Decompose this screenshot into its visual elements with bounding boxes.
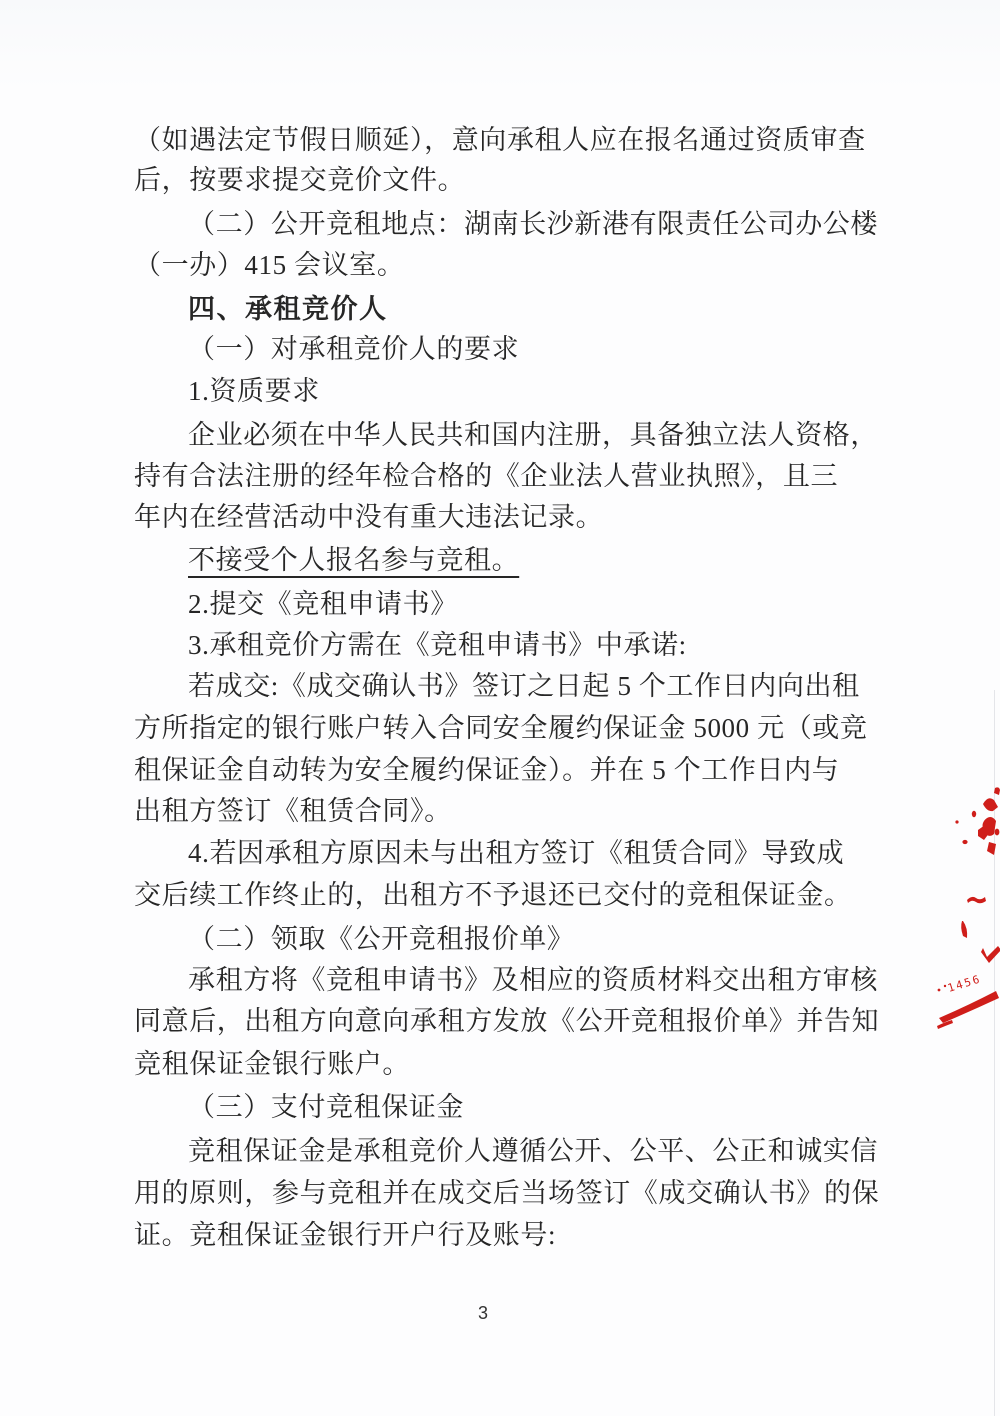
doc-line: 2.提交《竞租申请书》 [188,587,458,622]
doc-line: 3.承租竞价方需在《竞租申请书》中承诺: [188,628,687,663]
doc-line: （三）支付竞租保证金 [188,1090,464,1125]
doc-line: 用的原则，参与竞租并在成交后当场签订《成交确认书》的保 [134,1176,879,1211]
doc-line: 后，按要求提交竞价文件。 [134,163,465,198]
doc-line: 若成交:《成交确认书》签订之日起 5 个工作日内向出租 [188,669,860,704]
doc-line: 方所指定的银行账户转入合同安全履约保证金 5000 元（或竞 [134,711,868,746]
doc-line: 出租方签订《租赁合同》。 [134,794,452,829]
red-stamp-fragment: 1456 [925,780,1000,1030]
doc-line: （如遇法定节假日顺延），意向承租人应在报名通过资质审查 [134,123,866,158]
doc-line: 交后续工作终止的，出租方不予退还已交付的竞租保证金。 [134,878,852,913]
underlined-clause: 不接受个人报名参与竞租。 [188,543,519,578]
doc-line: 企业必须在中华人民共和国内注册，具备独立法人资格， [188,418,878,453]
doc-line: 年内在经营活动中没有重大违法记录。 [134,500,603,535]
doc-line: （一办）415 会议室。 [134,248,404,283]
stamp-serial-digits: 1456 [946,972,983,995]
page-number: 3 [478,1303,488,1324]
doc-line: 证。竞租保证金银行开户行及账号: [134,1218,556,1253]
doc-line: 租保证金自动转为安全履约保证金）。并在 5 个工作日内与 [134,753,839,788]
doc-line: 持有合法注册的经年检合格的《企业法人营业执照》，且三 [134,459,838,494]
doc-line: 竞租保证金是承租竞价人遵循公开、公平、公正和诚实信 [188,1134,878,1169]
doc-line: 承租方将《竞租申请书》及相应的资质材料交出租方审核 [188,963,878,998]
doc-line: （一）对承租竞价人的要求 [188,332,519,367]
doc-line: 1.资质要求 [188,374,320,409]
doc-line: （二）领取《公开竞租报价单》 [188,922,574,957]
doc-line: 同意后，出租方向意向承租方发放《公开竞租报价单》并告知 [134,1004,879,1039]
doc-line: 4.若因承租方原因未与出租方签订《租赁合同》导致成 [188,836,844,871]
doc-line: （二）公开竞租地点：湖南长沙新港有限责任公司办公楼 [188,207,878,242]
doc-line: 竞租保证金银行账户。 [134,1047,410,1082]
document-page: （如遇法定节假日顺延），意向承租人应在报名通过资质审查 后，按要求提交竞价文件。… [0,0,1000,1416]
section-heading: 四、承租竞价人 [188,292,388,327]
